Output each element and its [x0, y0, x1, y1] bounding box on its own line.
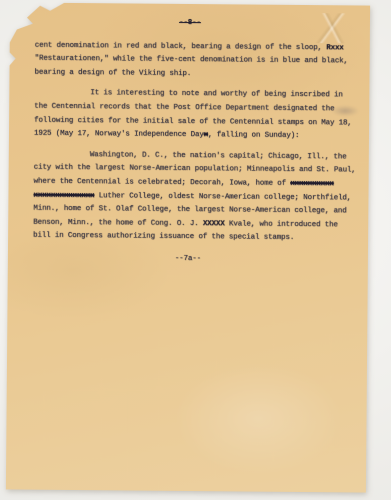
smudge-stain — [331, 105, 359, 116]
doc-line: bearing a design of the Viking ship. — [34, 66, 363, 82]
doc-line: bill in Congress authorizing issuance of… — [33, 230, 362, 246]
overstrike-correction: XXXXX — [203, 220, 225, 228]
page-number-top-struck: --8-- — [179, 19, 201, 27]
photo-background: --8-- cent denomination in red and black… — [0, 0, 391, 500]
text-run: Kvale, who introduced the — [225, 220, 338, 229]
paragraph-2: It is interesting to note and worthy of … — [34, 87, 363, 144]
text-run: Luther College, oldest Norse-American co… — [94, 192, 351, 202]
paper-wrap: --8-- cent denomination in red and black… — [6, 2, 370, 492]
paragraph-3: Washington, D. C., the nation's capital;… — [33, 148, 363, 246]
text-run: Benson, Minn., the home of Cong. O. J. — [33, 218, 203, 227]
document-page: --8-- cent denomination in red and black… — [6, 2, 370, 492]
text-run: , falling on Sunday): — [208, 131, 299, 140]
paragraph-1: cent denomination in red and black, bear… — [34, 39, 363, 83]
overstrike-correction: Rxxx — [326, 44, 343, 52]
embossed-seal — [312, 13, 352, 43]
text-run: 1925 (May 17, Norway's Independence Day — [34, 130, 204, 139]
overstrike-correction: xxxxxxxxxx — [290, 180, 334, 188]
text-run: where the Centennial is celebrated; Deco… — [34, 178, 291, 188]
document-body: cent denomination in red and black, bear… — [8, 39, 370, 246]
doc-line: 1925 (May 17, Norway's Independence Dayx… — [34, 128, 363, 144]
overstrike-correction: xxxxxxxxxxxxxx — [33, 191, 94, 200]
page-number-bottom: --7a-- — [8, 251, 368, 268]
text-run: cent denomination in red and black, bear… — [35, 41, 327, 52]
